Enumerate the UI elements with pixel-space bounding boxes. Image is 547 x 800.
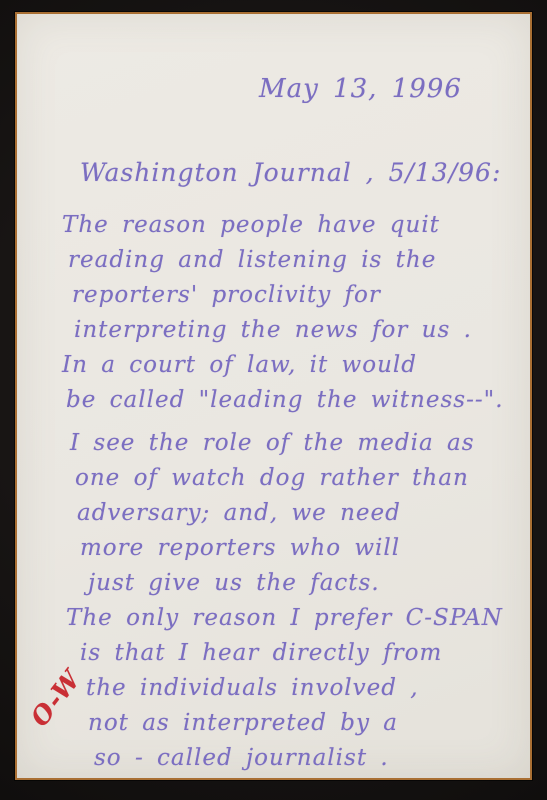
handwritten-line: The only reason I prefer C-SPAN — [66, 601, 504, 636]
handwritten-line: not as interpreted by a — [88, 706, 504, 741]
letter-date: May 13, 1996 — [259, 74, 462, 104]
handwritten-line: more reporters who will — [80, 531, 504, 566]
handwritten-line: reading and listening is the — [68, 243, 504, 278]
letter-paper: May 13, 1996 Washington Journal , 5/13/9… — [15, 12, 532, 780]
handwritten-line: is that I hear directly from — [80, 636, 504, 671]
handwritten-line: just give us the facts. — [88, 566, 504, 601]
handwritten-line: the individuals involved , — [86, 671, 504, 706]
letter-heading: Washington Journal , 5/13/96: — [80, 158, 501, 187]
photo-background: { "colors": { "background": "#181514", "… — [0, 0, 547, 800]
handwritten-line: adversary; and, we need — [77, 496, 504, 531]
handwritten-line: In a court of law, it would — [62, 348, 504, 383]
handwritten-line: so - called journalist . — [94, 741, 504, 776]
handwritten-line: reporters' proclivity for — [72, 278, 504, 313]
handwritten-line: interpreting the news for us . — [74, 313, 504, 348]
handwritten-line: one of watch dog rather than — [75, 461, 504, 496]
handwritten-line: be called "leading the witness--". — [66, 383, 504, 418]
handwritten-line: The reason people have quit — [62, 208, 504, 243]
handwritten-line: I see the role of the media as — [70, 426, 504, 461]
letter-body: The reason people have quit reading and … — [60, 208, 504, 776]
